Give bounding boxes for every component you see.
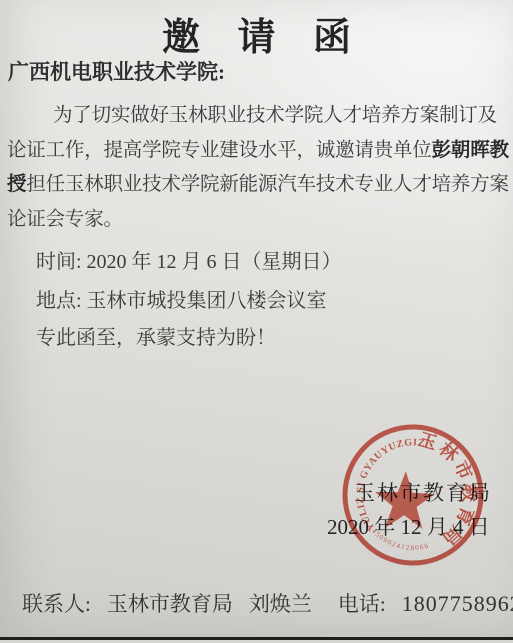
seal-code-number: 4509024128066 [369,527,431,553]
phone-number: 18077589629 [402,591,513,616]
body-line-2-text: 论证工作，提高学院专业建设水平，诚邀请贵单位 [7,140,432,161]
body-line-2: 论证工作，提高学院专业建设水平，诚邀请贵单位彭朝晖教 [7,134,509,162]
invitee-name-bold: 彭朝晖教 [432,140,509,161]
scanned-invitation-letter: 邀 请 函 广西机电职业技术学院: 为了切实做好玉林职业技术学院人才培养方案制订… [0,0,513,643]
contact-organization: 玉林市教育局 [107,592,233,616]
closing-phrase: 专此函至，承蒙支持为盼！ [36,321,276,350]
scan-edge-strip [0,640,513,643]
body-line-4: 论证会专家。 [7,203,123,231]
salutation: 广西机电职业技术学院: [8,56,225,86]
body-line-3: 授担任玉林职业技术学院新能源汽车技术专业人才培养方案 [7,168,509,196]
letter-title: 邀 请 函 [0,6,513,61]
seal-ring-text-cjk: 玉林市教育局 [413,429,483,552]
contact-footer: 联系人:玉林市教育局刘焕兰电话:18077589629 [22,588,513,618]
invitee-title-bold: 授 [7,174,26,195]
phone-label: 电话: [338,592,386,616]
contact-person-name: 刘焕兰 [249,592,312,616]
meeting-time: 时间: 2020 年 12 月 6 日（星期日） [36,245,342,274]
seal-star-icon [374,470,436,529]
body-line-3-text: 担任玉林职业技术学院新能源汽车技术专业人才培养方案 [26,174,509,195]
body-line-1: 为了切实做好玉林职业技术学院人才培养方案制订及 [53,99,497,127]
meeting-place: 地点: 玉林市城投集团八楼会议室 [36,284,327,313]
contact-label: 联系人: [22,592,91,616]
official-seal-stamp: YULIZ SI GYAUYUZGIZ 玉林市教育局 4509024128066 [324,406,502,584]
